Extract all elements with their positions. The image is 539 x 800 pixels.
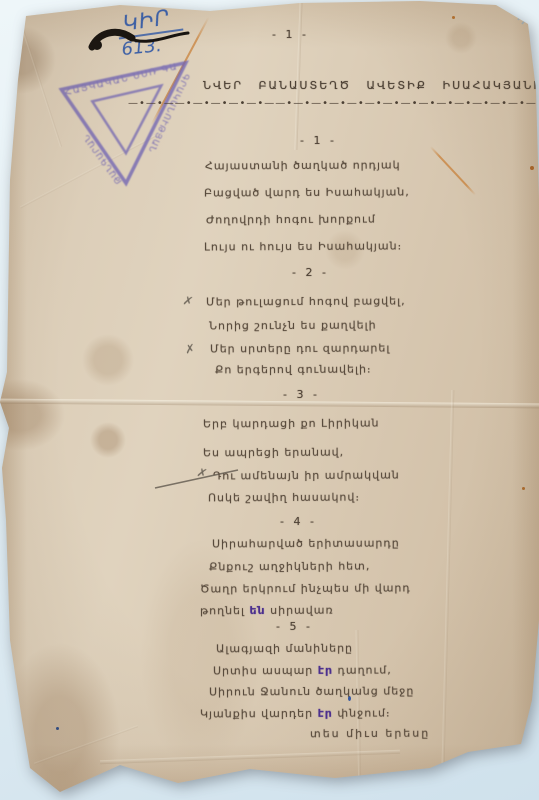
line-segment: փնջում։ xyxy=(333,707,391,720)
poem-line: Մեր սրտերը դու զարդարել xyxy=(210,342,390,356)
poem-line: Բացված վարդ ես Իսահակյան, xyxy=(204,185,410,199)
stanza-marker: - 5 - xyxy=(276,620,313,633)
footer-note: տես միւս երեսը xyxy=(310,727,430,741)
svg-text:ՀԱՅԿԱԿԱՆ ՍՍՌ ԳԱ: ՀԱՅԿԱԿԱՆ ՍՍՌ ԳԱ xyxy=(63,62,181,98)
poem-line: Քնքուշ աղջիկների հետ, xyxy=(209,560,370,574)
ink-correction: էր xyxy=(318,707,333,720)
crease-top-left-tear xyxy=(20,23,62,147)
orange-crease-line-right xyxy=(430,146,476,195)
line-segment: սիրավառ xyxy=(266,604,334,617)
fold-crease-vertical-right xyxy=(441,390,455,800)
poem-line: Դու ամենայն իր ամրակվան xyxy=(213,469,400,483)
poem-line: Ես ապրեցի երանավ, xyxy=(203,446,344,460)
poem-line: Նորից շունչն ես քաղվելի xyxy=(209,319,377,333)
ink-correction: են xyxy=(249,604,265,617)
line-segment: թողնել xyxy=(200,604,250,617)
crease-bottom-left xyxy=(34,725,138,765)
svg-text:ԳՐԱԿԱՆՈՒԹՅԱՆ: ԳՐԱԿԱՆՈՒԹՅԱՆ xyxy=(140,71,196,155)
stanza-marker: - 1 - xyxy=(300,134,337,147)
ink-speck-blue xyxy=(56,727,59,730)
pencil-strikethrough-line xyxy=(152,462,242,492)
pencil-check-mark: ✗ xyxy=(182,293,195,309)
poem-line: Մեր թուլացում հոգով բացվել, xyxy=(206,294,406,308)
poem-line-with-correction: Կյանքիս վարդեր էր փնջում։ xyxy=(200,707,391,721)
poem-line: Երբ կարդացի քո Լիրիկան xyxy=(203,417,380,431)
title-underline: —•—•——•—•—•—•—•——•—•—•—•—•—•—•—•—•—•—•—•… xyxy=(128,98,539,109)
poem-line: Լույս ու հույս ես Իսահակյան։ xyxy=(204,239,402,253)
paper-sheet: ԿԻՐ 613. ՀԱՅԿԱԿԱՆ ՍՍՌ ԳԱ xyxy=(0,0,539,800)
paper-shadow: ԿԻՐ 613. ՀԱՅԿԱԿԱՆ ՍՍՌ ԳԱ xyxy=(0,0,539,800)
line-segment: դաղում, xyxy=(333,664,392,677)
orange-crease-line-left xyxy=(150,17,209,125)
pencil-check-mark: ✗ xyxy=(184,341,196,356)
line-segment: Սրտիս ասպար xyxy=(213,664,318,678)
pencil-strike-check: ✗ xyxy=(195,465,208,481)
page-number: - 1 - xyxy=(272,28,309,41)
fold-crease-vertical-bottom xyxy=(356,630,361,800)
poem-line: Հայաստանի ծաղկած որդյակ xyxy=(205,158,401,172)
stamp-text-right: ԳՐԱԿԱՆՈՒԹՅԱՆ xyxy=(140,71,196,155)
svg-text:ԹԱՆԳԱՐԱՆ: ԹԱՆԳԱՐԱՆ xyxy=(81,129,125,188)
poem-line: Սիրահարված երիտասարդը xyxy=(212,537,400,551)
rust-speck xyxy=(522,487,525,490)
document-photo: ԿԻՐ 613. ՀԱՅԿԱԿԱՆ ՍՍՌ ԳԱ xyxy=(0,0,539,800)
handwritten-archive-number: ԿԻՐ 613. xyxy=(116,5,186,61)
rust-speck xyxy=(452,16,455,19)
poem-line-with-correction: թողնել են սիրավառ xyxy=(200,604,334,618)
faint-blue-scratch xyxy=(516,4,539,26)
line-segment: Կյանքիս վարդեր xyxy=(200,707,318,721)
rust-speck xyxy=(530,166,534,170)
crease-bottom-edge xyxy=(100,750,400,764)
poem-line: Ոսկե շավիղ հասակով։ xyxy=(208,491,360,505)
poem-line: Ժողովրդի հոգու խորքում xyxy=(206,213,376,227)
ink-scribble-mark xyxy=(88,18,193,60)
crease-diagonal-stamp xyxy=(20,132,162,209)
poem-line: Ծաղր երկրում ինչպես մի վարդ xyxy=(200,581,411,595)
poem-line-with-correction: Սրտիս ասպար էր դաղում, xyxy=(213,664,392,678)
poem-line: Ալագյազի մանիները xyxy=(216,642,353,656)
ink-speck-blue xyxy=(8,690,12,696)
stamp-text-left: ԹԱՆԳԱՐԱՆ xyxy=(81,129,125,188)
poem-line: Սիրուն Ջանուն ծաղկանց մեջը xyxy=(209,684,414,698)
poem-title: ՆՎԵՐ ԲԱՆԱՍՏԵՂԾ ԱՎԵՏԻՔ ԻՍԱՀԱԿՅԱՆԻՆ xyxy=(203,79,539,92)
ink-speck-blue xyxy=(348,696,351,701)
ink-correction: էր xyxy=(318,664,333,677)
stanza-marker: - 2 - xyxy=(292,266,329,279)
purple-ink-blot xyxy=(498,746,524,772)
stanza-marker: - 4 - xyxy=(280,515,317,528)
stanza-marker: - 3 - xyxy=(283,388,320,401)
fold-crease-horizontal xyxy=(0,399,539,409)
poem-line: Քո երգերով գունավելի։ xyxy=(215,363,372,377)
fold-crease-vertical-top xyxy=(294,0,302,150)
stamp-text-top: ՀԱՅԿԱԿԱՆ ՍՍՌ ԳԱ xyxy=(63,62,181,98)
triangular-stamp: ՀԱՅԿԱԿԱՆ ՍՍՌ ԳԱ ԳՐԱԿԱՆՈՒԹՅԱՆ ԹԱՆԳԱՐԱՆ xyxy=(47,50,206,200)
archive-code-text: ԿԻՐ xyxy=(115,4,184,40)
archive-number-text: 613. xyxy=(121,33,186,61)
